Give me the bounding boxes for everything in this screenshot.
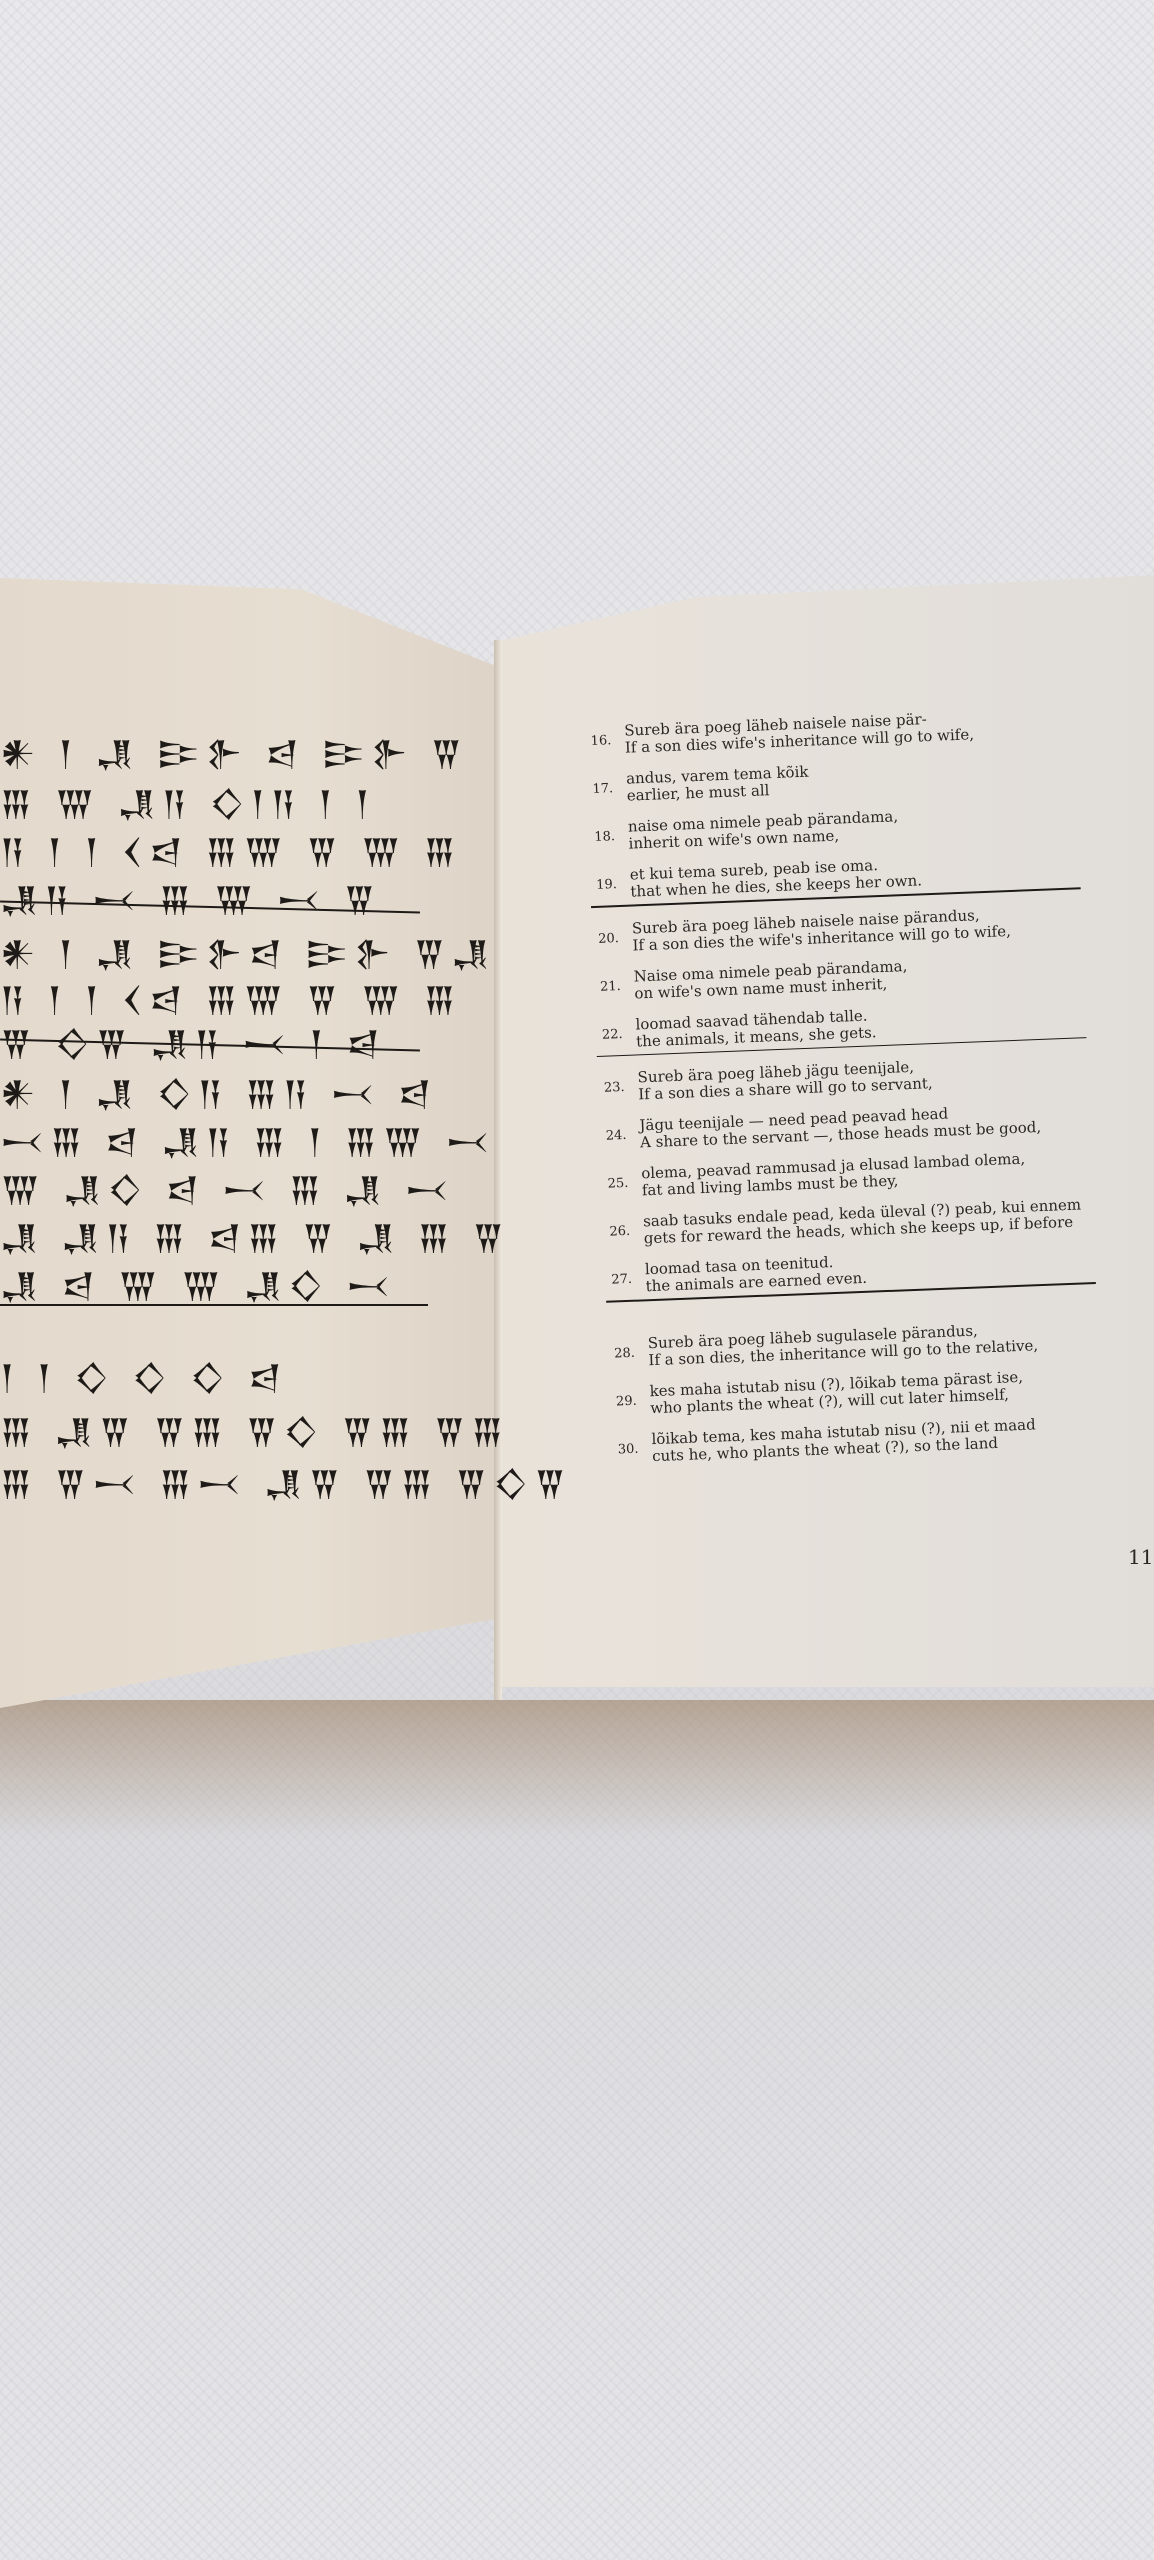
verse-section-1: 16. Sureb ära poeg läheb naisele naise p… bbox=[590, 704, 1117, 907]
cuneiform-line: 𒐋 𒐊𒁁 𒐋𒁁 𒂗𒐊 𒐊𒐋 𒐊𒄭𒐊 bbox=[0, 1442, 572, 1519]
verse-section-3: 23. Sureb ära poeg läheb jägu teenijale,… bbox=[603, 1051, 1132, 1302]
verse-number: 17. bbox=[592, 780, 613, 798]
verse-18: 18. naise oma nimele peab pärandama, inh… bbox=[594, 800, 1115, 854]
verse-number: 22. bbox=[602, 1025, 623, 1043]
verse-23: 23. Sureb ära poeg läheb jägu teenijale,… bbox=[603, 1051, 1124, 1105]
verse-27: 27. loomad tasa on teenitud. the animals… bbox=[611, 1243, 1132, 1297]
book-shadow bbox=[0, 1700, 1154, 1840]
verse-number: 30. bbox=[618, 1440, 639, 1458]
verse-number: 23. bbox=[604, 1079, 625, 1097]
verse-number: 18. bbox=[594, 828, 615, 846]
verse-30: 30. lõikab tema, kes maha istutab nisu (… bbox=[617, 1412, 1138, 1466]
verse-number: 26. bbox=[609, 1223, 630, 1241]
verse-number: 20. bbox=[598, 930, 619, 948]
verse-number: 27. bbox=[611, 1271, 632, 1289]
verse-20: 20. Sureb ära poeg läheb naisele naise p… bbox=[598, 901, 1119, 955]
verse-number: 16. bbox=[590, 732, 611, 750]
verse-number: 25. bbox=[607, 1175, 628, 1193]
verse-29: 29. kes maha istutab nisu (?), lõikab te… bbox=[615, 1364, 1136, 1418]
verse-21: 21. Naise oma nimele peab pärandama, on … bbox=[599, 949, 1120, 1003]
verse-number: 28. bbox=[614, 1344, 635, 1362]
verse-26: 26. saab tasuks endale pead, keda üleval… bbox=[609, 1195, 1130, 1249]
cuneiform-line: 𒂗 𒁀 𒐌 𒐌 𒂗𒄭 𒁁 bbox=[0, 1244, 396, 1321]
translation-verses: 16. Sureb ära poeg läheb naisele naise p… bbox=[590, 704, 1139, 1480]
page-number: 11 bbox=[1128, 1545, 1153, 1569]
verse-number: 29. bbox=[616, 1392, 637, 1410]
verse-24: 24. Jägu teenijale — need pead peavad he… bbox=[605, 1099, 1126, 1153]
verse-number: 19. bbox=[596, 876, 617, 894]
verse-22: 22. loomad saavad tähendab talle. the an… bbox=[601, 997, 1122, 1051]
verse-25: 25. olema, peavad rammusad ja elusad lam… bbox=[607, 1147, 1128, 1201]
verse-number: 21. bbox=[600, 978, 621, 996]
verse-number: 24. bbox=[606, 1127, 627, 1145]
verse-section-2: 20. Sureb ära poeg läheb naisele naise p… bbox=[598, 901, 1123, 1056]
verse-section-4: 28. Sureb ära poeg läheb sugulasele pära… bbox=[614, 1316, 1139, 1466]
section-rule bbox=[0, 1304, 428, 1306]
verse-17: 17. andus, varem tema kõik earlier, he m… bbox=[592, 752, 1113, 806]
verse-19: 19. et kui tema sureb, peab ise oma. tha… bbox=[596, 848, 1117, 902]
